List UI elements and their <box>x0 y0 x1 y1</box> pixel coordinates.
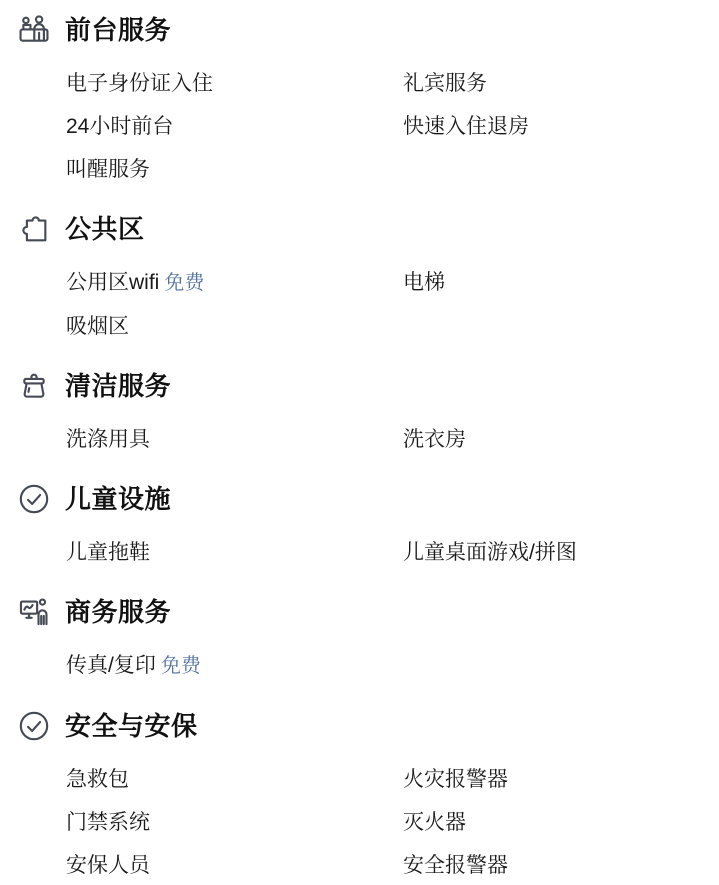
free-badge: 免费 <box>161 655 201 677</box>
facility-label: 灭火器 <box>403 811 466 834</box>
check-circle-icon <box>16 481 52 517</box>
facility-section: 儿童设施 儿童拖鞋 儿童桌面游戏/拼图 <box>16 481 703 564</box>
facility-label: 儿童拖鞋 <box>66 541 150 564</box>
facility-label: 儿童桌面游戏/拼图 <box>403 541 577 564</box>
facility-item: 安全报警器 <box>403 854 703 877</box>
facility-item: 叫醒服务 <box>66 158 403 181</box>
section-items: 急救包 火灾报警器 门禁系统 灭火器 安保人员 安全报警器 <box>66 768 703 877</box>
section-items: 电子身份证入住 礼宾服务 24小时前台 快速入住退房 叫醒服务 <box>66 72 703 181</box>
facility-label: 电子身份证入住 <box>66 72 213 95</box>
cleaning-brush-icon <box>16 368 52 404</box>
facility-label: 传真/复印 <box>66 654 156 677</box>
facility-item: 急救包 <box>66 768 403 791</box>
facility-item: 门禁系统 <box>66 811 403 834</box>
section-title: 清洁服务 <box>65 368 171 404</box>
section-title: 商务服务 <box>65 594 171 630</box>
section-title: 安全与安保 <box>65 708 198 744</box>
facility-item: 电子身份证入住 <box>66 72 403 95</box>
section-header: 清洁服务 <box>16 368 703 404</box>
section-header: 前台服务 <box>16 12 703 48</box>
section-title: 儿童设施 <box>65 481 171 517</box>
facility-label: 急救包 <box>66 768 129 791</box>
section-items: 公用区wifi免费 电梯 吸烟区 <box>66 271 703 338</box>
facility-label: 安全报警器 <box>403 854 508 877</box>
check-circle-icon <box>16 708 52 744</box>
facility-item: 礼宾服务 <box>403 72 703 95</box>
facility-item: 安保人员 <box>66 854 403 877</box>
facility-label: 电梯 <box>403 271 445 294</box>
facility-label: 礼宾服务 <box>403 72 487 95</box>
facility-section: 清洁服务 洗涤用具 洗衣房 <box>16 368 703 451</box>
facility-label: 叫醒服务 <box>66 158 150 181</box>
facility-item: 公用区wifi免费 <box>66 271 403 295</box>
facility-item: 灭火器 <box>403 811 703 834</box>
facility-item: 儿童桌面游戏/拼图 <box>403 541 703 564</box>
facility-label: 火灾报警器 <box>403 768 508 791</box>
facility-item: 传真/复印免费 <box>66 654 403 678</box>
facility-item: 火灾报警器 <box>403 768 703 791</box>
section-header: 公共区 <box>16 211 703 247</box>
facility-item: 儿童拖鞋 <box>66 541 403 564</box>
facility-label: 24小时前台 <box>66 115 173 138</box>
section-header: 安全与安保 <box>16 708 703 744</box>
section-header: 商务服务 <box>16 594 703 630</box>
puzzle-icon <box>16 211 52 247</box>
section-title: 公共区 <box>65 211 145 247</box>
facility-section: 安全与安保 急救包 火灾报警器 门禁系统 灭火器 安保人员 安全报警器 <box>16 708 703 877</box>
facility-label: 吸烟区 <box>66 315 129 338</box>
facility-label: 公用区wifi <box>66 271 159 294</box>
facility-label: 快速入住退房 <box>403 115 529 138</box>
facility-sections: 前台服务 电子身份证入住 礼宾服务 24小时前台 快速入住退房 叫醒服务 公共区… <box>16 12 703 877</box>
facility-section: 公共区 公用区wifi免费 电梯 吸烟区 <box>16 211 703 338</box>
facility-item: 洗涤用具 <box>66 428 403 451</box>
reception-desk-icon <box>16 12 52 48</box>
facility-item: 洗衣房 <box>403 428 703 451</box>
section-header: 儿童设施 <box>16 481 703 517</box>
section-items: 传真/复印免费 <box>66 654 703 678</box>
facility-item: 吸烟区 <box>66 315 403 338</box>
facility-item: 快速入住退房 <box>403 115 703 138</box>
facility-label: 门禁系统 <box>66 811 150 834</box>
section-items: 儿童拖鞋 儿童桌面游戏/拼图 <box>66 541 703 564</box>
free-badge: 免费 <box>164 272 204 294</box>
facility-item: 24小时前台 <box>66 115 403 138</box>
facility-section: 商务服务 传真/复印免费 <box>16 594 703 678</box>
facility-item: 电梯 <box>403 271 703 295</box>
facility-label: 洗涤用具 <box>66 428 150 451</box>
section-items: 洗涤用具 洗衣房 <box>66 428 703 451</box>
facilities-panel: 前台服务 电子身份证入住 礼宾服务 24小时前台 快速入住退房 叫醒服务 公共区… <box>0 0 719 885</box>
section-title: 前台服务 <box>65 12 171 48</box>
presentation-icon <box>16 594 52 630</box>
facility-section: 前台服务 电子身份证入住 礼宾服务 24小时前台 快速入住退房 叫醒服务 <box>16 12 703 181</box>
facility-label: 安保人员 <box>66 854 150 877</box>
facility-label: 洗衣房 <box>403 428 466 451</box>
